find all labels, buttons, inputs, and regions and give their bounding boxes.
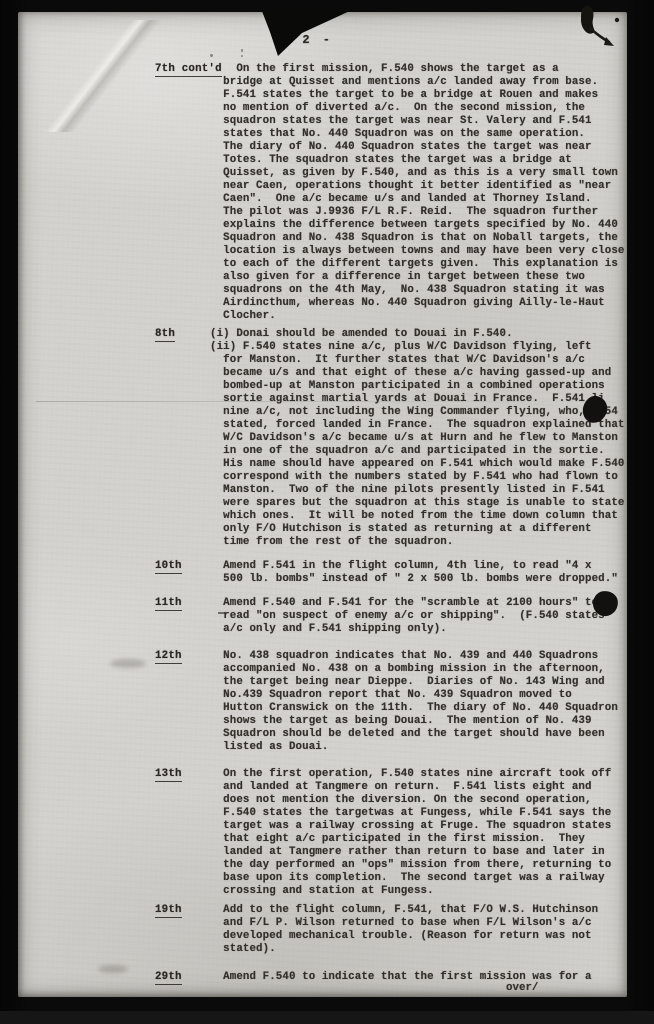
body-line: squadrons on the 4th May, No. 438 Squadr… [210,284,625,297]
body-line: Quisset, as given by F.540, and as this … [210,167,625,180]
body-line: which ones. It will be noted from the ti… [210,510,625,523]
body-line: time from the rest of the squadron. [210,536,625,549]
body-line: stated). [210,943,598,956]
body-line: Squadron and No. 438 Squadron is that on… [210,232,625,245]
section-body: On the first mission, F.540 shows the ta… [210,63,625,323]
section-date-label: 11th [155,597,182,611]
body-line: only F/O Hutchison is stated as returnin… [210,523,625,536]
body-line: squadron states the target was near St. … [210,115,625,128]
body-line: correspond with the numbers stated by F.… [210,471,625,484]
body-line: that eight a/c participated in the first… [210,833,611,846]
section-date-label: 12th [155,650,182,664]
body-line: accompanied No. 438 on a bombing mission… [210,663,618,676]
body-line: F.541 states the target to be a bridge a… [210,89,625,102]
body-line: for Manston. It further states that W/C … [210,354,625,367]
body-line: and F/L P. Wilson returned to base when … [210,917,598,930]
body-line: no mention of diverted a/c. On the secon… [210,102,625,115]
body-line: in one of the squadron a/c and participa… [210,445,625,458]
body-line: stated, forced landed in France. The squ… [210,419,625,432]
body-line: developed mechanical trouble. (Reason fo… [210,930,598,943]
body-line: became u/s and that eight of these a/c h… [210,367,625,380]
section-body: (i) Donai should be amended to Douai in … [210,328,625,549]
body-line: explains the difference between targets … [210,219,625,232]
body-line: crossing and station at Fungess. [210,885,611,898]
document-page: - 2 - 7th cont'd On the first mission, F… [18,12,627,997]
body-line: near Caen, operations thought it better … [210,180,625,193]
film-notch-icon [252,6,356,58]
body-line: Squadron should be deleted and the targe… [210,728,618,741]
body-line: Add to the flight column, F.541, that F/… [210,904,598,917]
body-line: landed at Tangmere rather than return to… [210,846,611,859]
body-line: No. 438 squadron indicates that No. 439 … [210,650,618,663]
body-line: target was a railway crossing at Fruge. … [210,820,611,833]
body-line: The pilot was J.9936 F/L R.F. Reid. The … [210,206,625,219]
body-line: listed as Douai. [210,741,618,754]
body-line: Clocher. [210,310,625,323]
body-line: read "on suspect of enemy a/c or shippin… [210,610,605,623]
body-line: bridge at Quisset and mentions a/c lande… [210,76,625,89]
body-line: sortie against martial yards at Douai in… [210,393,625,406]
body-line: Manston. Two of the nine pilots presentl… [210,484,625,497]
body-line: bombed-up at Manston participated in a c… [210,380,625,393]
continuation-marker: over/ [506,982,538,994]
section-body: Amend F.540 and F.541 for the "scramble … [210,597,605,636]
body-line: shows the target as being Douai. The men… [210,715,618,728]
body-line: the target being near Dieppe. Diaries of… [210,676,618,689]
amendment-sections: 7th cont'd On the first mission, F.540 s… [18,12,627,997]
body-line: also given for a difference in target be… [210,271,625,284]
body-line: W/C Davidson's a/c became u/s at Hurn an… [210,432,625,445]
body-line: Amend F.541 in the flight column, 4th li… [210,560,618,573]
body-line: Amend F.540 and F.541 for the "scramble … [210,597,605,610]
section-body: Add to the flight column, F.541, that F/… [210,904,598,956]
body-line: 500 lb. bombs" instead of " 2 x 500 lb. … [210,573,618,586]
body-line: Totes. The squadron states the target wa… [210,154,625,167]
body-line: (ii) F.540 states nine a/c, plus W/C Dav… [210,341,625,354]
body-line: location is always between towns and may… [210,245,625,258]
pen-mark-icon [570,2,632,52]
section-body: Amend F.541 in the flight column, 4th li… [210,560,618,586]
photographed-page: - 2 - 7th cont'd On the first mission, F… [0,0,654,1024]
body-line: and landed at Tangmere on return. F.541 … [210,781,611,794]
body-line: His name should have appeared on F.541 w… [210,458,625,471]
body-line: Caen". One a/c became u/s and landed at … [210,193,625,206]
body-line: Airdincthum, whereas No. 440 Squadron gi… [210,297,625,310]
body-line: (i) Donai should be amended to Douai in … [210,328,625,341]
body-line: does not mention the diversion. On the s… [210,794,611,807]
body-line: base upon its completion. The second tar… [210,872,611,885]
body-line: the day performed an "ops" mission from … [210,859,611,872]
section-date-label: 10th [155,560,182,574]
body-line: were spares but the squadron at this sta… [210,497,625,510]
body-line: Hutton Cranswick on the 11th. The diary … [210,702,618,715]
body-line: states that No. 440 Squadron was on the … [210,128,625,141]
section-date-label: 19th [155,904,182,918]
section-body: No. 438 squadron indicates that No. 439 … [210,650,618,754]
section-date-label: 29th [155,971,182,985]
body-line: The diary of No. 440 Squadron states the… [210,141,625,154]
body-line: On the first mission, F.540 shows the ta… [210,63,625,76]
section-date-label: 13th [155,768,182,782]
body-line: a/c only and F.541 shipping only). [210,623,605,636]
section-date-label: 8th [155,328,175,342]
section-body: On the first operation, F.540 states nin… [210,768,611,898]
body-line: to each of the different targets given. … [210,258,625,271]
body-line: No.439 Squadron report that No. 439 Squa… [210,689,618,702]
body-line: On the first operation, F.540 states nin… [210,768,611,781]
body-line: nine a/c, not including the Wing Command… [210,406,625,419]
body-line: F.540 states the targetwas at Fungess, w… [210,807,611,820]
film-edge-strip [0,1011,654,1024]
